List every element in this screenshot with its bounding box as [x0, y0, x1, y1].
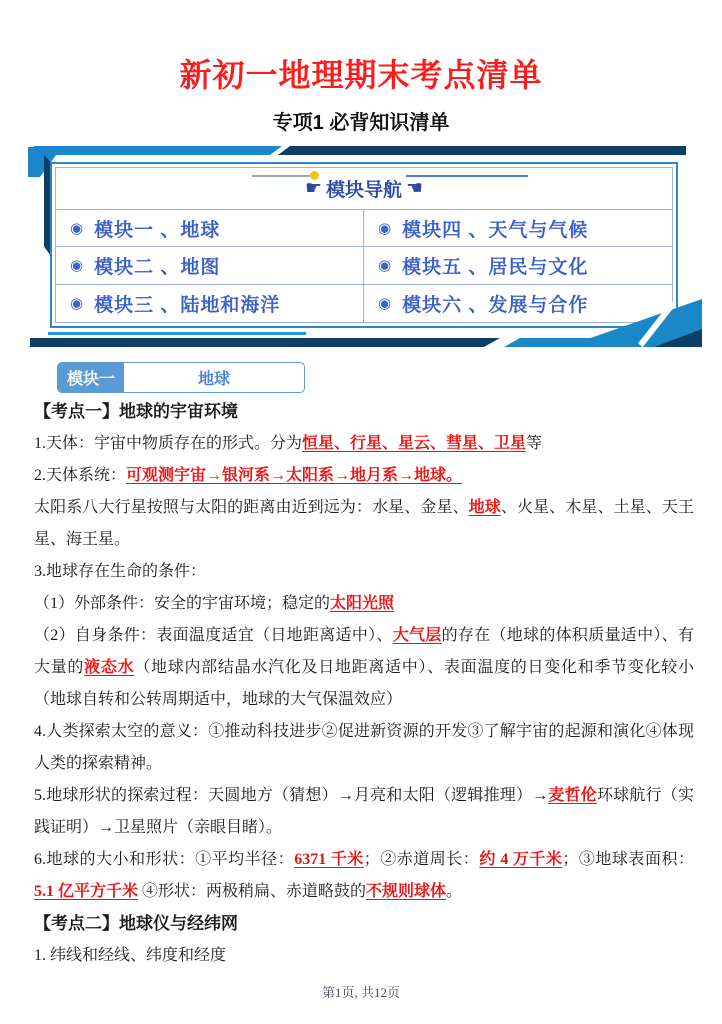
section-heading: 【考点二】地球仪与经纬网	[34, 908, 694, 940]
text-segment: ；③地球表面积：	[562, 851, 694, 868]
bottom-bar-navy-decoration	[30, 338, 500, 347]
nav-item-label: 模块二 、地图	[94, 252, 220, 279]
text-segment: 5.地球形状的探索过程：天圆地方（猜想）→月亮和太阳（逻辑推理）→	[34, 787, 548, 804]
module-tab-label: 模块一	[58, 363, 124, 392]
page-subtitle: 专项1 必背知识清单	[0, 106, 722, 135]
text-segment: （2）自身条件：表面温度适宜（日地距离适中）、	[34, 627, 393, 644]
highlighted-term: 液态水	[84, 659, 134, 676]
section-heading: 【考点一】地球的宇宙环境	[34, 396, 694, 428]
module-nav-header: ☛ 模块导航 ☚	[56, 168, 672, 210]
top-bar-navy-decoration	[278, 146, 686, 155]
paragraph: 1. 纬线和经线、纬度和经度	[34, 940, 694, 972]
paragraph: 4.人类探索太空的意义：①推动科技进步②促进新资源的开发③了解宇宙的起源和演化④…	[34, 716, 694, 780]
text-segment: 【考点二】地球仪与经纬网	[34, 914, 238, 933]
text-segment: 1.天体：宇宙中物质存在的形式。分为	[34, 435, 302, 452]
nav-item-module-5: ◉ 模块五 、居民与文化	[364, 247, 672, 283]
nav-row-1: ◉ 模块一 、地球 ◉ 模块四 、天气与气候	[56, 210, 672, 247]
paragraph: 3.地球存在生命的条件：	[34, 556, 694, 588]
header-accent-dot	[310, 171, 319, 180]
paragraph: 6.地球的大小和形状：①平均半径：6371 千米；②赤道周长：约 4 万千米；③…	[34, 844, 694, 908]
bullet-icon: ◉	[378, 296, 392, 311]
bullet-icon: ◉	[70, 296, 84, 311]
text-segment: 1. 纬线和经线、纬度和经度	[34, 947, 226, 964]
module-nav-box: ☛ 模块导航 ☚ ◉ 模块一 、地球 ◉ 模块四 、天气与气候	[50, 162, 678, 328]
nav-item-label: 模块三 、陆地和海洋	[94, 290, 280, 317]
text-segment: 2.天体系统：	[34, 467, 126, 484]
highlighted-term: 太阳光照	[330, 595, 394, 612]
module-tab-value: 地球	[124, 363, 304, 392]
pointing-right-icon: ☛	[305, 177, 322, 200]
text-segment: 。	[446, 883, 462, 900]
highlighted-term: 麦哲伦	[548, 787, 597, 804]
text-segment: ；②赤道周长：	[364, 851, 480, 868]
nav-item-module-4: ◉ 模块四 、天气与气候	[364, 210, 672, 246]
text-segment: 【考点一】地球的宇宙环境	[34, 402, 238, 421]
paragraph: 1.天体：宇宙中物质存在的形式。分为恒星、行星、星云、彗星、卫星等	[34, 428, 694, 460]
nav-item-module-3: ◉ 模块三 、陆地和海洋	[56, 285, 364, 322]
nav-row-2: ◉ 模块二 、地图 ◉ 模块五 、居民与文化	[56, 247, 672, 284]
nav-item-module-1: ◉ 模块一 、地球	[56, 210, 364, 246]
page-number: 第1页, 共12页	[0, 982, 722, 1001]
text-segment: ④形状：两极稍扁、赤道略鼓的	[138, 883, 366, 900]
pointing-left-icon: ☚	[406, 177, 423, 200]
nav-item-label: 模块五 、居民与文化	[402, 252, 588, 279]
nav-item-label: 模块一 、地球	[94, 215, 220, 242]
bullet-icon: ◉	[378, 258, 392, 273]
highlighted-term: 6371 千米	[294, 851, 364, 868]
bullet-icon: ◉	[70, 221, 84, 236]
text-segment: 3.地球存在生命的条件：	[34, 563, 206, 580]
highlighted-term: 大气层	[393, 627, 442, 644]
bullet-icon: ◉	[378, 221, 392, 236]
document-page: 新初一地理期末考点清单 专项1 必背知识清单 ☛ 模块导航 ☚ ◉	[0, 0, 722, 1024]
page-title: 新初一地理期末考点清单	[0, 50, 722, 96]
module-nav-title: 模块导航	[326, 175, 402, 202]
nav-item-label: 模块六 、发展与合作	[402, 290, 588, 317]
paragraph: 5.地球形状的探索过程：天圆地方（猜想）→月亮和太阳（逻辑推理）→麦哲伦环球航行…	[34, 780, 694, 844]
text-segment: 等	[526, 435, 542, 452]
highlighted-term: 5.1 亿平方千米	[34, 883, 138, 900]
text-segment: 太阳系八大行星按照与太阳的距离由近到远为：水星、金星、	[34, 499, 469, 516]
highlighted-term: 不规则球体	[366, 883, 446, 900]
nav-item-label: 模块四 、天气与气候	[402, 215, 588, 242]
header-accent-line-right	[406, 175, 528, 177]
header-accent-line-left	[252, 175, 310, 177]
module-nav-frame: ☛ 模块导航 ☚ ◉ 模块一 、地球 ◉ 模块四 、天气与气候	[28, 145, 708, 357]
text-segment: （1）外部条件：安全的宇宙环境；稳定的	[34, 595, 330, 612]
highlighted-term: 约 4 万千米	[479, 851, 562, 868]
nav-item-module-2: ◉ 模块二 、地图	[56, 247, 364, 283]
highlighted-term: 地球	[469, 499, 501, 516]
paragraph: （1）外部条件：安全的宇宙环境；稳定的太阳光照	[34, 588, 694, 620]
bottom-accent-underline	[48, 332, 306, 335]
highlighted-term: 恒星、行星、星云、彗星、卫星	[302, 435, 526, 452]
highlighted-term: 可观测宇宙→银河系→太阳系→地月系→地球。	[126, 467, 462, 484]
bullet-icon: ◉	[70, 258, 84, 273]
text-segment: 4.人类探索太空的意义：①推动科技进步②促进新资源的开发③了解宇宙的起源和演化④…	[34, 723, 694, 772]
text-segment: 6.地球的大小和形状：①平均半径：	[34, 851, 294, 868]
paragraph: 2.天体系统：可观测宇宙→银河系→太阳系→地月系→地球。	[34, 460, 694, 492]
paragraph: 太阳系八大行星按照与太阳的距离由近到远为：水星、金星、地球、火星、木星、土星、天…	[34, 492, 694, 556]
top-bar-light-decoration	[34, 146, 282, 155]
nav-item-module-6: ◉ 模块六 、发展与合作	[364, 285, 672, 322]
body-content: 【考点一】地球的宇宙环境1.天体：宇宙中物质存在的形式。分为恒星、行星、星云、彗…	[34, 396, 694, 972]
paragraph: （2）自身条件：表面温度适宜（日地距离适中）、大气层的存在（地球的体积质量适中）…	[34, 620, 694, 716]
module-tab: 模块一 地球	[57, 362, 305, 393]
nav-row-3: ◉ 模块三 、陆地和海洋 ◉ 模块六 、发展与合作	[56, 285, 672, 322]
